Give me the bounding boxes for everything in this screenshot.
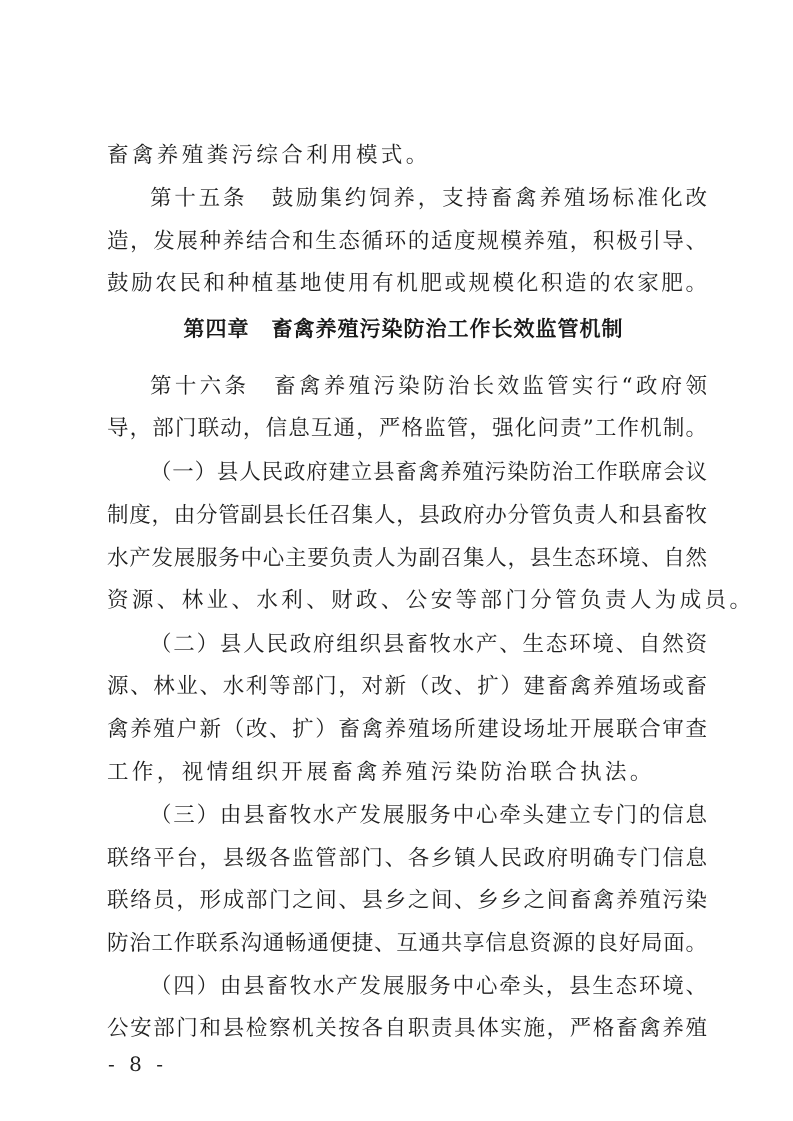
paragraph-first-line: （二）县人民政府组织县畜牧水产、生态环境、自然资 [150, 632, 707, 658]
paragraph-line: 制度，由分管副县长任召集人，县政府办分管负责人和县畜牧 [107, 503, 707, 529]
paragraph-line: 工作，视情组织开展畜禽养殖污染防治联合执法。 [107, 760, 707, 786]
paragraph-first-line: 第十五条 鼓励集约饲养，支持畜禽养殖场标准化改 [150, 186, 707, 212]
page-number: - 8 - [108, 1052, 167, 1076]
paragraph-first-line: （一）县人民政府建立县畜禽养殖污染防治工作联席会议 [150, 460, 707, 486]
paragraph-line: 鼓励农民和种植基地使用有机肥或规模化积造的农家肥。 [107, 271, 707, 297]
paragraph-first-line: 第十六条 畜禽养殖污染防治长效监管实行“政府领 [150, 374, 707, 400]
paragraph-first-line: （四）由县畜牧水产发展服务中心牵头，县生态环境、 [150, 974, 707, 1000]
paragraph-line: 公安部门和县检察机关按各自职责具体实施，严格畜禽养殖 [107, 1016, 707, 1042]
paragraph-line: 联络平台，县级各监管部门、各乡镇人民政府明确专门信息 [107, 846, 707, 872]
paragraph-line: 畜禽养殖粪污综合利用模式。 [107, 143, 707, 169]
paragraph-line: 水产发展服务中心主要负责人为副召集人，县生态环境、自然 [107, 546, 707, 572]
paragraph-line: 资源、林业、水利、财政、公安等部门分管负责人为成员。 [107, 588, 707, 614]
document-page: 畜禽养殖粪污综合利用模式。第十五条 鼓励集约饲养，支持畜禽养殖场标准化改造，发展… [0, 0, 793, 1121]
paragraph-line: 源、林业、水利等部门，对新（改、扩）建畜禽养殖场或畜 [107, 674, 707, 700]
paragraph-first-line: （三）由县畜牧水产发展服务中心牵头建立专门的信息 [150, 803, 707, 829]
paragraph-line: 防治工作联系沟通畅通便捷、互通共享信息资源的良好局面。 [107, 931, 707, 957]
paragraph-line: 造，发展种养结合和生态循环的适度规模养殖，积极引导、 [107, 229, 707, 255]
paragraph-line: 禽养殖户新（改、扩）畜禽养殖场所建设场址开展联合审查 [107, 717, 707, 743]
paragraph-line: 联络员，形成部门之间、县乡之间、乡乡之间畜禽养殖污染 [107, 888, 707, 914]
chapter-heading: 第四章 畜禽养殖污染防治工作长效监管机制 [0, 316, 793, 342]
paragraph-line: 导，部门联动，信息互通，严格监管，强化问责”工作机制。 [107, 416, 707, 442]
